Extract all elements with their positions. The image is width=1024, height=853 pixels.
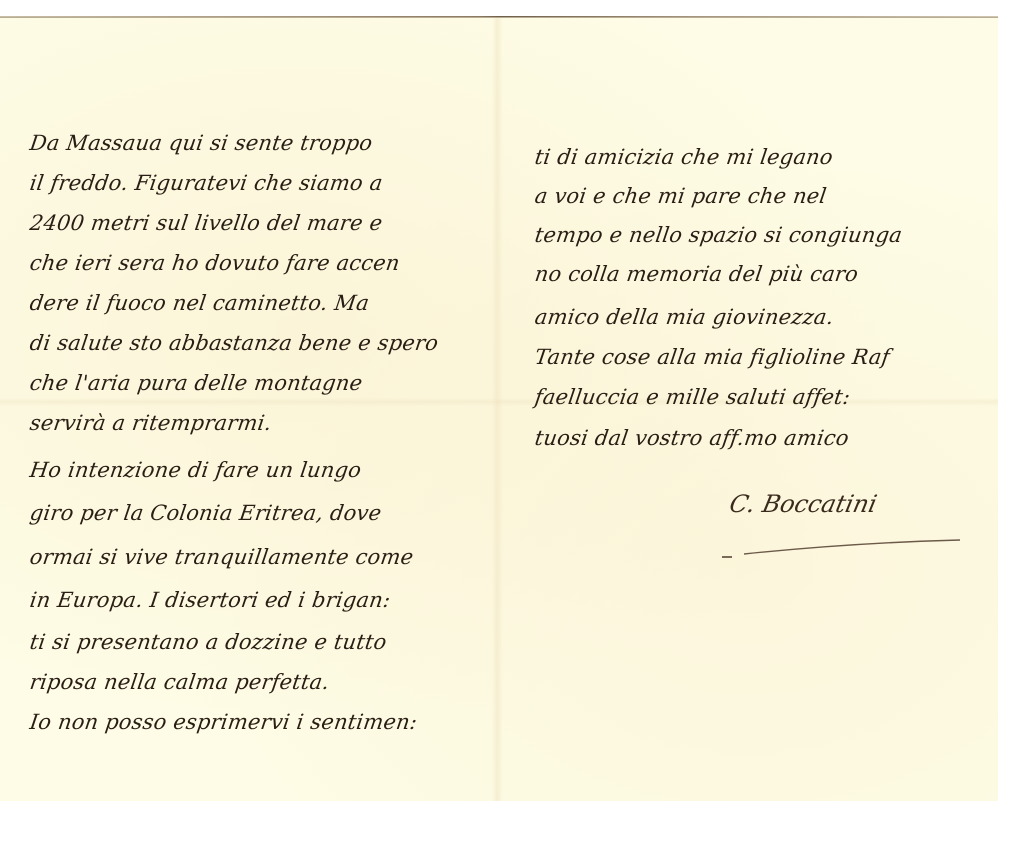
handwritten-line: dere il fuoco nel caminetto. Ma xyxy=(28,291,370,315)
handwritten-line: Da Massaua qui si sente troppo xyxy=(28,131,374,155)
handwritten-line: servirà a ritemprarmi. xyxy=(28,411,273,435)
handwritten-line: Tante cose alla mia figlioline Raf xyxy=(533,345,891,369)
handwritten-line: tuosi dal vostro aff.mo amico xyxy=(533,426,850,450)
handwritten-line: Io non posso esprimervi i sentimen: xyxy=(28,710,419,734)
handwritten-line: ti di amicizia che mi legano xyxy=(533,145,834,169)
signature: C. Boccatini xyxy=(727,490,879,518)
handwritten-line: che l'aria pura delle montagne xyxy=(28,371,364,395)
handwritten-line: il freddo. Figuratevi che siamo a xyxy=(28,171,384,195)
handwritten-line: ti si presentano a dozzine e tutto xyxy=(28,630,388,654)
ink-mark xyxy=(722,556,732,558)
handwritten-line: no colla memoria del più caro xyxy=(533,262,859,286)
handwritten-line: a voi e che mi pare che nel xyxy=(533,184,828,208)
handwritten-line: tempo e nello spazio si congiunga xyxy=(533,223,903,247)
letter-sheet: Da Massaua qui si sente troppo il freddo… xyxy=(0,17,998,801)
handwritten-line: 2400 metri sul livello del mare e xyxy=(28,211,384,235)
handwritten-line: in Europa. I disertori ed i brigan: xyxy=(28,588,392,612)
handwritten-line: Ho intenzione di fare un lungo xyxy=(28,458,363,482)
handwritten-line: faelluccia e mille saluti affet: xyxy=(533,385,852,409)
handwritten-line: di salute sto abbastanza bene e spero xyxy=(28,331,440,355)
signature-flourish xyxy=(742,538,962,558)
handwritten-line: amico della mia giovinezza. xyxy=(533,305,835,329)
handwritten-line: che ieri sera ho dovuto fare accen xyxy=(28,251,401,275)
handwritten-line: ormai si vive tranquillamente come xyxy=(28,545,415,569)
handwritten-line: riposa nella calma perfetta. xyxy=(28,670,331,694)
handwritten-line: giro per la Colonia Eritrea, dove xyxy=(28,501,383,525)
